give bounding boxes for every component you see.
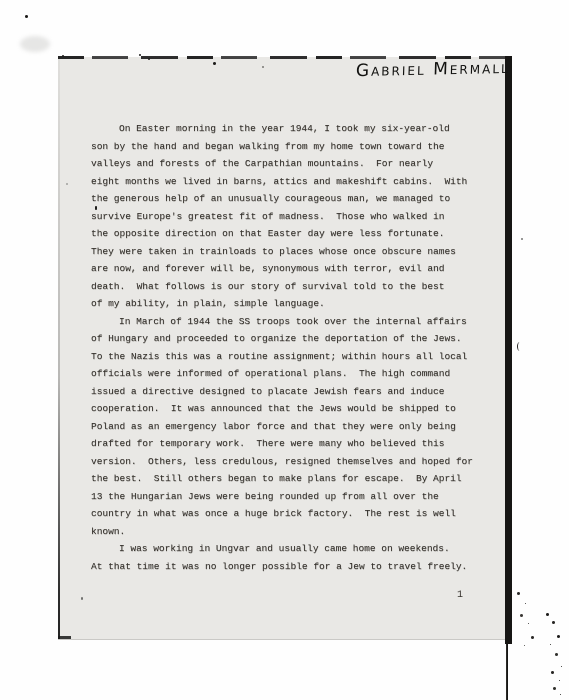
text-line: valleys and forests of the Carpathian mo… <box>91 155 477 173</box>
text-line: They were taken in trainloads to places … <box>91 243 477 261</box>
text-line: On Easter morning in the year 1944, I to… <box>91 120 477 138</box>
text-line: I was working in Ungvar and usually came… <box>91 540 477 558</box>
scan-speck <box>521 238 523 240</box>
text-line: the best. Still others began to make pla… <box>91 470 477 488</box>
text-line: To the Nazis this was a routine assignme… <box>91 348 477 366</box>
scan-edge-right <box>505 56 512 644</box>
text-line: In March of 1944 the SS troops took over… <box>91 313 477 331</box>
scan-speck <box>62 55 64 57</box>
page-number: 1 <box>457 590 463 601</box>
text-line: officials were informed of operational p… <box>91 365 477 383</box>
text-line: Poland as an emergency labor force and t… <box>91 418 477 436</box>
scan-speck-cluster <box>517 592 520 595</box>
text-line: the opposite direction on that Easter da… <box>91 225 477 243</box>
handwritten-name: Gabriel Mermall <box>356 56 557 82</box>
text-line: cooperation. It was announced that the J… <box>91 400 477 418</box>
scan-speck <box>66 183 68 185</box>
text-line: version. Others, less credulous, resigne… <box>91 453 477 471</box>
scan-speck <box>148 58 150 60</box>
typed-text-block: On Easter morning in the year 1944, I to… <box>91 120 477 575</box>
scan-speck <box>262 66 264 68</box>
text-line: drafted for temporary work. There were m… <box>91 435 477 453</box>
text-line: of Hungary and proceeded to organize the… <box>91 330 477 348</box>
text-line: are now, and forever will be, synonymous… <box>91 260 477 278</box>
text-line: issued a directive designed to placate J… <box>91 383 477 401</box>
scan-speck <box>25 15 28 18</box>
text-line: known. <box>91 523 477 541</box>
scan-smudge <box>20 36 50 52</box>
scan-edge-left <box>58 57 60 639</box>
text-line: country in what was once a huge brick fa… <box>91 505 477 523</box>
scan-speck <box>139 54 141 56</box>
text-line: eight months we lived in barns, attics a… <box>91 173 477 191</box>
scan-mark <box>517 342 522 351</box>
text-line: survive Europe's greatest fit of madness… <box>91 208 477 226</box>
text-line: death. What follows is our story of surv… <box>91 278 477 296</box>
scan-background: Gabriel Mermall On Easter morning in the… <box>0 0 569 700</box>
scan-speck <box>81 597 83 600</box>
text-line: 13 the Hungarian Jews were being rounded… <box>91 488 477 506</box>
scan-speck <box>213 62 216 65</box>
text-line: of my ability, in plain, simple language… <box>91 295 477 313</box>
text-line: son by the hand and began walking from m… <box>91 138 477 156</box>
scan-speck-cluster <box>546 613 549 616</box>
scan-corner-mark <box>58 636 71 639</box>
text-line: At that time it was no longer possible f… <box>91 558 477 576</box>
text-line: the generous help of an unusually courag… <box>91 190 477 208</box>
document-page: Gabriel Mermall On Easter morning in the… <box>58 57 510 640</box>
